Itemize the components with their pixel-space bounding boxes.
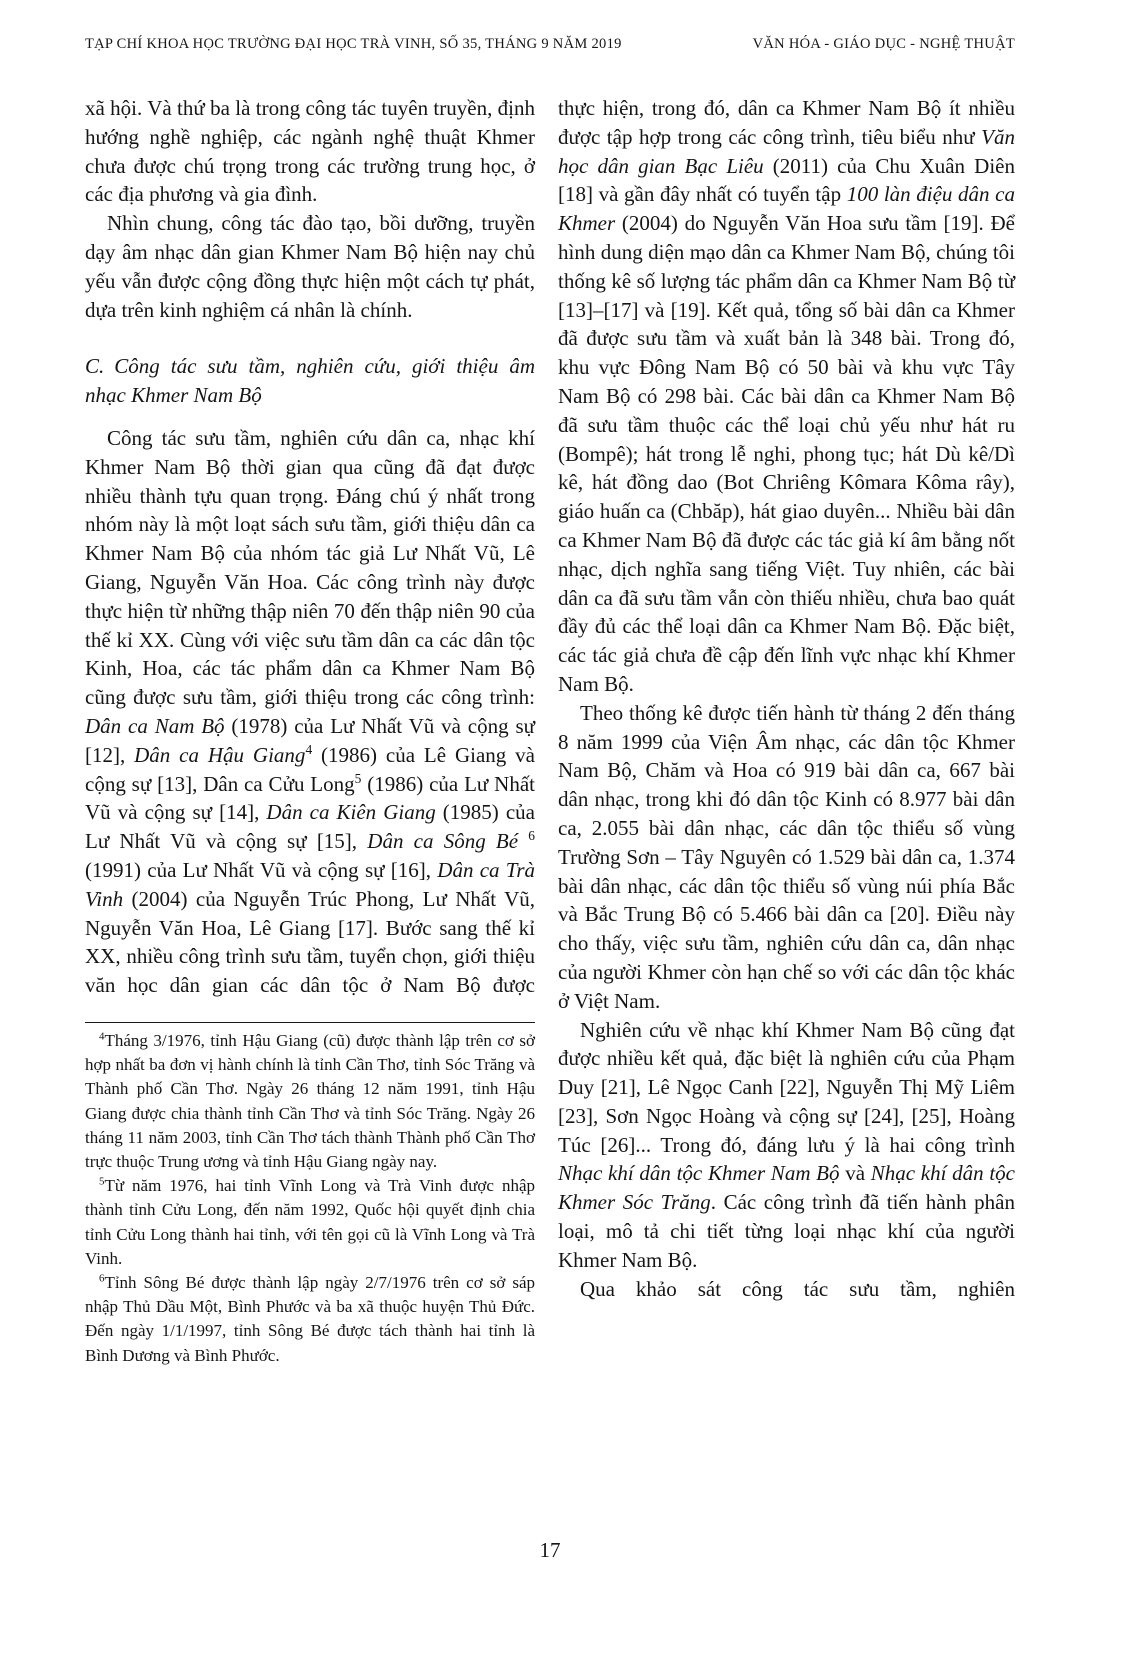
page-header: TẠP CHÍ KHOA HỌC TRƯỜNG ĐẠI HỌC TRÀ VINH… [85, 36, 1015, 53]
page-number: 17 [85, 1538, 1015, 1563]
journal-title: TẠP CHÍ KHOA HỌC TRƯỜNG ĐẠI HỌC TRÀ VINH… [85, 36, 622, 53]
paragraph-continued-from-previous-page: xã hội. Và thứ ba là trong công tác tuyê… [85, 94, 535, 209]
footnote-6: 6Tỉnh Sông Bé được thành lập ngày 2/7/19… [85, 1271, 535, 1368]
section-heading: C.Công tác sưu tầm, nghiên cứu, giới thi… [85, 352, 535, 410]
section-heading-label: C. [85, 354, 104, 378]
paragraph: Nhìn chung, công tác đào tạo, bồi dưỡng,… [85, 209, 535, 324]
paragraph: Nghiên cứu về nhạc khí Khmer Nam Bộ cũng… [558, 1016, 1015, 1275]
footnote-block: 4Tháng 3/1976, tỉnh Hậu Giang (cũ) được … [85, 1022, 535, 1368]
paragraph: Công tác sưu tầm, nghiên cứu dân ca, nhạ… [85, 424, 535, 1000]
paragraph: Theo thống kê được tiến hành từ tháng 2 … [558, 699, 1015, 1016]
journal-section-category: VĂN HÓA - GIÁO DỤC - NGHỆ THUẬT [753, 36, 1015, 53]
left-column: xã hội. Và thứ ba là trong công tác tuyê… [85, 94, 535, 1368]
right-column: thực hiện, trong đó, dân ca Khmer Nam Bộ… [558, 94, 1015, 1368]
section-heading-text: Công tác sưu tầm, nghiên cứu, giới thiệu… [85, 354, 535, 407]
footnote-separator-rule [85, 1022, 535, 1023]
two-column-body: xã hội. Và thứ ba là trong công tác tuyê… [85, 94, 1015, 1368]
footnote-4: 4Tháng 3/1976, tỉnh Hậu Giang (cũ) được … [85, 1029, 535, 1174]
footnote-5: 5Từ năm 1976, hai tỉnh Vĩnh Long và Trà … [85, 1174, 535, 1271]
paragraph-continued-from-left-column: thực hiện, trong đó, dân ca Khmer Nam Bộ… [558, 94, 1015, 699]
paragraph-continued-to-next-page: Qua khảo sát công tác sưu tầm, nghiên [558, 1275, 1015, 1304]
journal-page: TẠP CHÍ KHOA HỌC TRƯỜNG ĐẠI HỌC TRÀ VINH… [0, 0, 1122, 1653]
